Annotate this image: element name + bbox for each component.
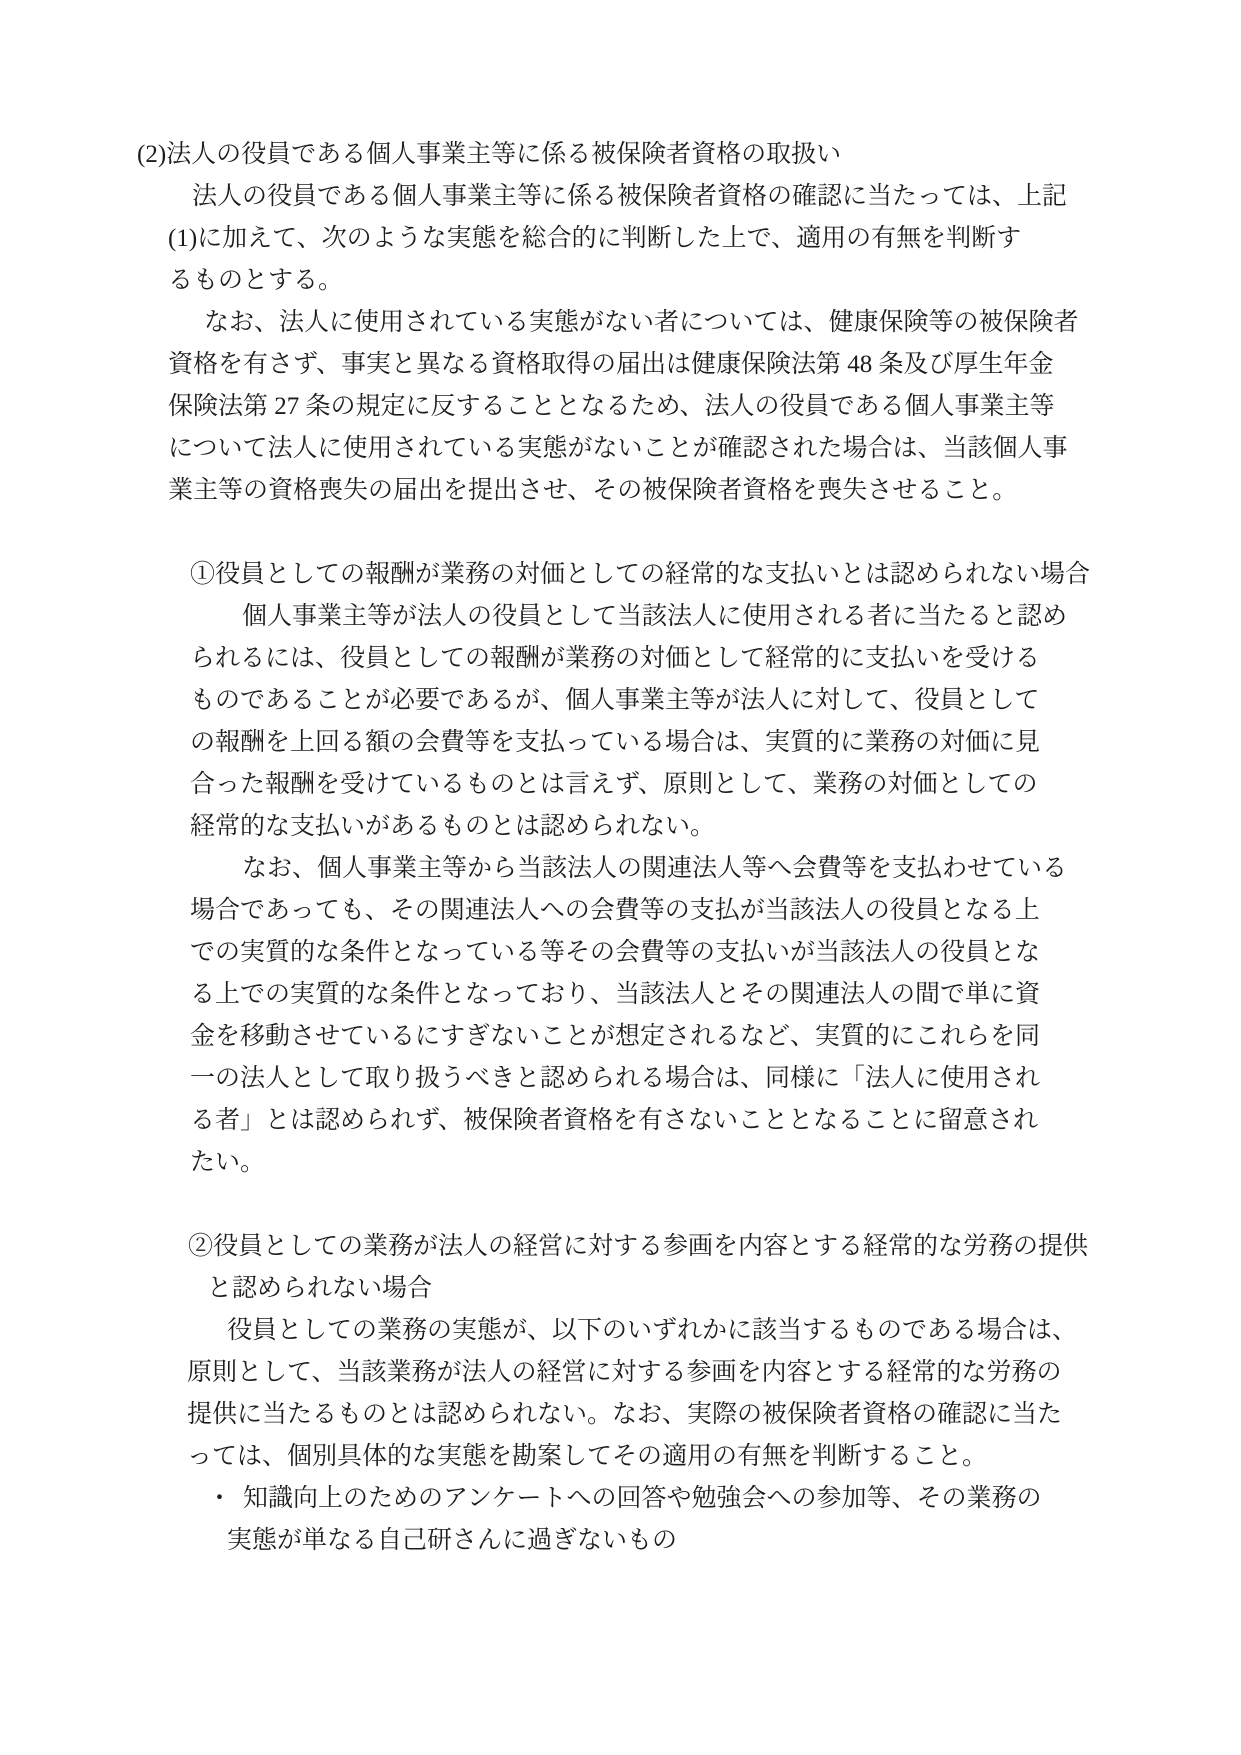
bullet-text: 知識向上のためのアンケートへの回答や勉強会への参加等、その業務の 実態が単なる自… xyxy=(227,1478,1182,1562)
section-intro: 法人の役員である個人事業主等に係る被保険者資格の確認に当たっては、上記 (1)に… xyxy=(168,176,1178,512)
item1-paragraph-2: なお、個人事業主等から当該法人の関連法人等へ会費等を支払わせている 場合であって… xyxy=(190,848,1180,1184)
section-heading: (2)法人の役員である個人事業主等に係る被保険者資格の取扱い xyxy=(137,134,1241,176)
numbered-item-2: ②役員としての業務が法人の経営に対する参画を内容とする経常的な労務の提供 と認め… xyxy=(0,1226,1241,1562)
item2-title: ②役員としての業務が法人の経営に対する参画を内容とする経常的な労務の提供 と認め… xyxy=(188,1226,1167,1310)
item2-body: 役員としての業務の実態が、以下のいずれかに該当するものである場合は、 原則として… xyxy=(187,1310,1182,1562)
item1-paragraph-1: 個人事業主等が法人の役員として当該法人に使用される者に当たると認め られるには、… xyxy=(190,596,1180,848)
item2-paragraph-1: 役員としての業務の実態が、以下のいずれかに該当するものである場合は、 原則として… xyxy=(187,1310,1182,1478)
numbered-item-1: ①役員としての報酬が業務の対価としての経常的な支払いとは認められない場合 個人事… xyxy=(0,554,1241,1184)
bullet-item: ・ 知識向上のためのアンケートへの回答や勉強会への参加等、その業務の 実態が単な… xyxy=(227,1478,1182,1562)
intro-paragraph-1: 法人の役員である個人事業主等に係る被保険者資格の確認に当たっては、上記 (1)に… xyxy=(168,176,1178,302)
bullet-marker: ・ xyxy=(207,1478,232,1520)
document-page: (2)法人の役員である個人事業主等に係る被保険者資格の取扱い 法人の役員である個… xyxy=(0,0,1241,1755)
item1-title: ①役員としての報酬が業務の対価としての経常的な支払いとは認められない場合 xyxy=(190,554,1241,596)
item1-body: 個人事業主等が法人の役員として当該法人に使用される者に当たると認め られるには、… xyxy=(190,596,1180,1184)
intro-paragraph-2: なお、法人に使用されている実態がない者については、健康保険等の被保険者 資格を有… xyxy=(168,302,1178,512)
